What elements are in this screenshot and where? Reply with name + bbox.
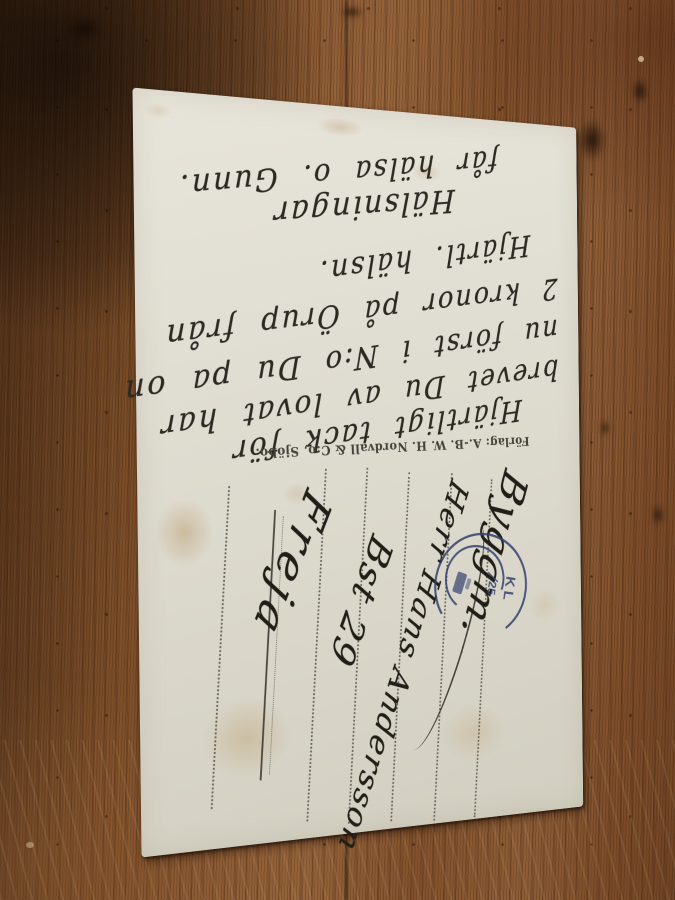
handwritten-message: Hjärtligt tack för brevet Du av lovat ha…	[159, 98, 558, 431]
wood-knot	[652, 505, 664, 525]
message-line: 2 kronor på Örup från	[164, 273, 558, 354]
message-line: Hälsningar	[272, 184, 455, 230]
wood-knot	[632, 78, 648, 104]
address-rule-solid	[260, 510, 276, 780]
postcard: Hjärtligt tack för brevet Du av lovat ha…	[132, 88, 583, 858]
address-rule-dotted	[211, 486, 230, 809]
photo-scene: Hjärtligt tack för brevet Du av lovat ha…	[0, 0, 675, 900]
wood-knot	[64, 16, 104, 42]
message-line: brevet Du av lovat har	[159, 354, 558, 445]
postmark-letters: KL	[500, 575, 519, 605]
wood-knot	[340, 6, 364, 18]
wood-knot	[578, 118, 606, 162]
postmark-stamp: KL 25	[420, 518, 541, 653]
wood-speck	[638, 56, 644, 62]
wood-knot	[600, 420, 610, 436]
postmark-number: 25	[485, 580, 499, 596]
message-line: nu först i N:o Du pa on	[123, 314, 558, 410]
address-rule-dotted	[390, 472, 410, 821]
publisher-imprint: Förlag: A.-B. W. H. Nordvall & C:o, Sjöb…	[247, 433, 536, 461]
message-line: Hjärtligt tack för	[231, 394, 522, 469]
message-line: Hjärtl. hälsn.	[318, 230, 531, 289]
message-line: får hälsa o. Gunn.	[178, 145, 499, 204]
postmark-outer-circle	[420, 518, 541, 653]
postmark-graphic: KL 25	[420, 518, 541, 653]
address-rule-dotted	[306, 469, 326, 822]
address-rule-dotted	[348, 468, 368, 824]
postmark-smudged-text	[452, 571, 467, 594]
address-line: Freja	[242, 481, 340, 649]
